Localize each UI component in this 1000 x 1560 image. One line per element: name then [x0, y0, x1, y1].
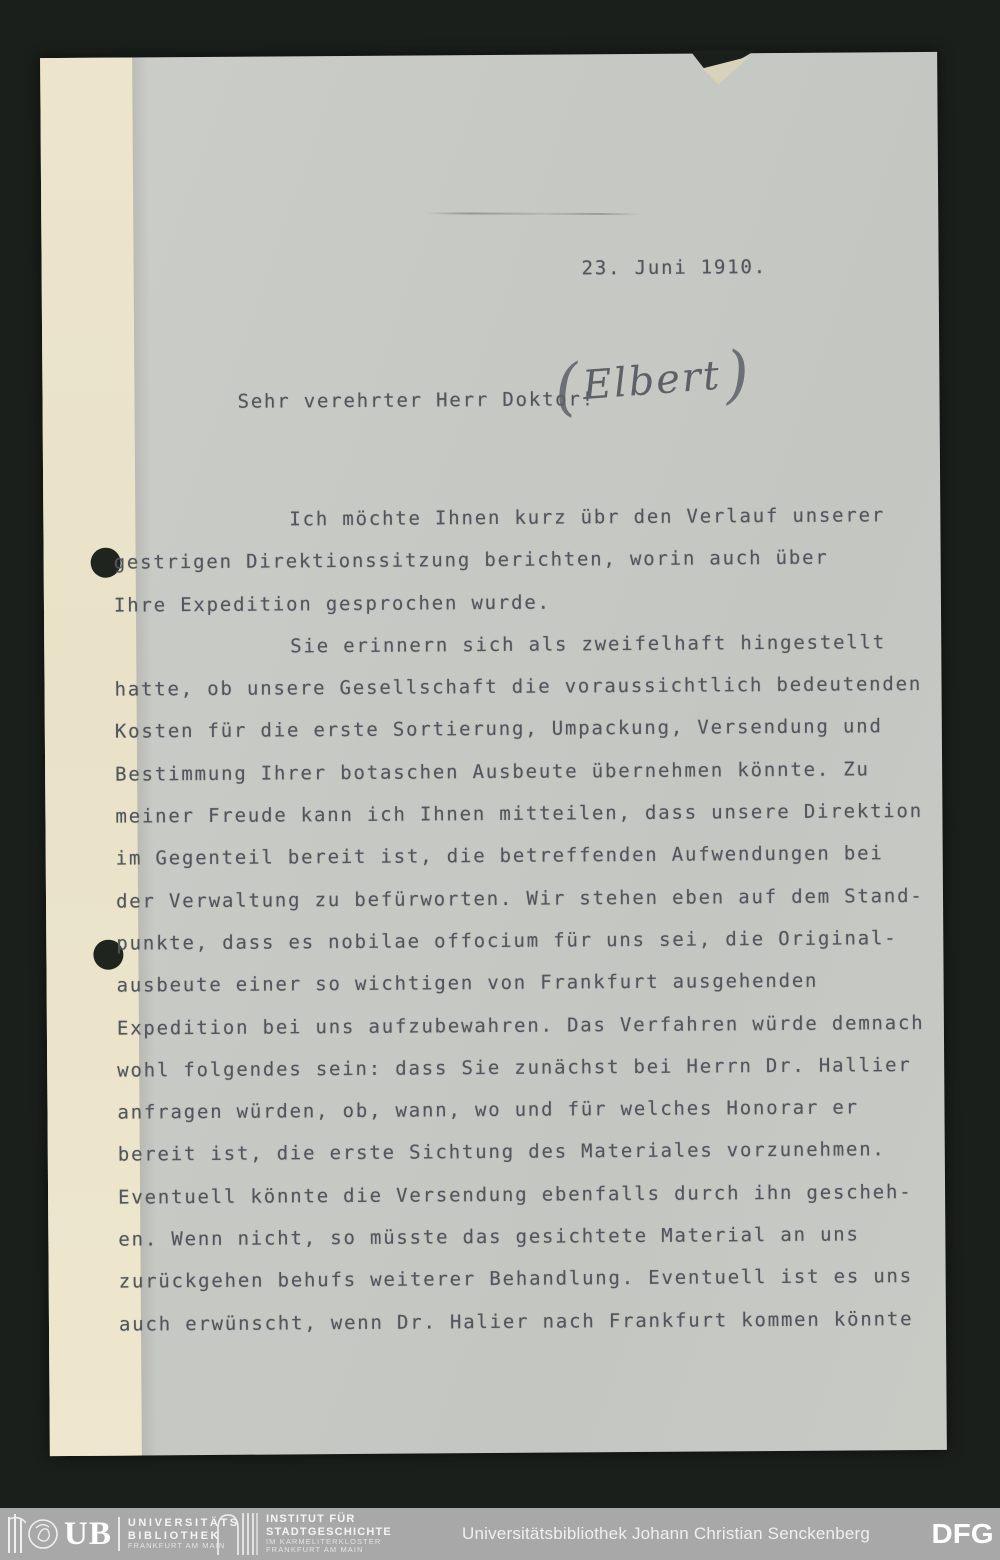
letter-line: Ich möchte Ihnen kurz übr den Verlauf un…	[113, 494, 933, 542]
goethe-portrait-icon	[26, 1516, 60, 1552]
ub-frankfurt-logo: UB UNIVERSITÄTS BIBLIOTHEK FRANKFURT AM …	[6, 1508, 240, 1560]
karmeliterkloster-arch-icon	[214, 1513, 258, 1555]
letter-line: wohl folgendes sein: dass Sie zunächst b…	[117, 1044, 937, 1092]
letter-line: meiner Freude kann ich Ihnen mitteilen, …	[115, 790, 935, 838]
paper-tear	[688, 50, 788, 97]
library-name-label: Universitätsbibliothek Johann Christian …	[462, 1508, 870, 1560]
letter-line: punkte, dass es nobilae offocium für uns…	[116, 917, 936, 965]
ub-abbr-label: UB	[64, 1516, 112, 1553]
letter-line: der Verwaltung zu befürworten. Wir stehe…	[116, 875, 936, 923]
letter-salutation: Sehr verehrter Herr Doktor!	[237, 388, 595, 412]
letter-line: anfragen würden, ob, wann, wo und für we…	[117, 1086, 937, 1134]
letter-date: 23. Juni 1910.	[582, 256, 768, 279]
ub-logo-divider	[118, 1517, 120, 1551]
letter-line: zurückgehen behufs weiterer Behandlung. …	[119, 1255, 939, 1303]
annotation-close-paren: )	[722, 343, 751, 407]
ub-architecture-icon	[6, 1513, 26, 1555]
letter-line: Ihre Expedition gesprochen wurde.	[114, 579, 934, 627]
letter-line: Bestimmung Ihrer botaschen Ausbeute über…	[115, 748, 935, 796]
letter-line: im Gegenteil bereit ist, die betreffende…	[116, 832, 936, 880]
letter-line: Sie erinnern sich als zweifelhaft hinges…	[114, 621, 934, 669]
letter-line: ausbeute einer so wichtigen von Frankfur…	[116, 959, 936, 1007]
scan-viewport: 23. Juni 1910. Sehr verehrter Herr Dokto…	[0, 0, 1000, 1560]
letter-line: hatte, ob unsere Gesellschaft die voraus…	[114, 663, 934, 711]
letter-line: Eventuell könnte die Versendung ebenfall…	[118, 1171, 938, 1219]
letter-line: gestrigen Direktionssitzung berichten, w…	[114, 536, 934, 584]
letter-line: en. Wenn nicht, so müsste das gesichtete…	[118, 1213, 938, 1261]
annotation-name: Elbert	[577, 352, 727, 409]
isg-logo-text: INSTITUT FÜR STADTGESCHICHTE IM KARMELIT…	[266, 1513, 392, 1554]
letter-line: Kosten für die erste Sortierung, Umpacku…	[115, 705, 935, 753]
letter-line: Expedition bei uns aufzubewahren. Das Ve…	[117, 1001, 937, 1049]
dfg-logo: DFG	[932, 1508, 994, 1560]
letter-line: auch erwünscht, wenn Dr. Halier nach Fra…	[119, 1298, 939, 1346]
stadtgeschichte-logo: INSTITUT FÜR STADTGESCHICHTE IM KARMELIT…	[214, 1508, 392, 1560]
letter-body: Ich möchte Ihnen kurz übr den Verlauf un…	[113, 494, 939, 1346]
paper-crease-line	[426, 212, 641, 215]
letter-line: bereit ist, die erste Sichtung des Mater…	[118, 1128, 938, 1176]
letter-page: 23. Juni 1910. Sehr verehrter Herr Dokto…	[40, 52, 947, 1456]
annotation-open-paren: (	[552, 356, 581, 420]
handwritten-annotation: ( Elbert )	[552, 343, 751, 420]
isg-text-line4: FRANKFURT AM MAIN	[266, 1546, 392, 1554]
footer-credit-bar: UB UNIVERSITÄTS BIBLIOTHEK FRANKFURT AM …	[0, 1508, 1000, 1560]
isg-text-line1: INSTITUT FÜR	[266, 1513, 392, 1525]
